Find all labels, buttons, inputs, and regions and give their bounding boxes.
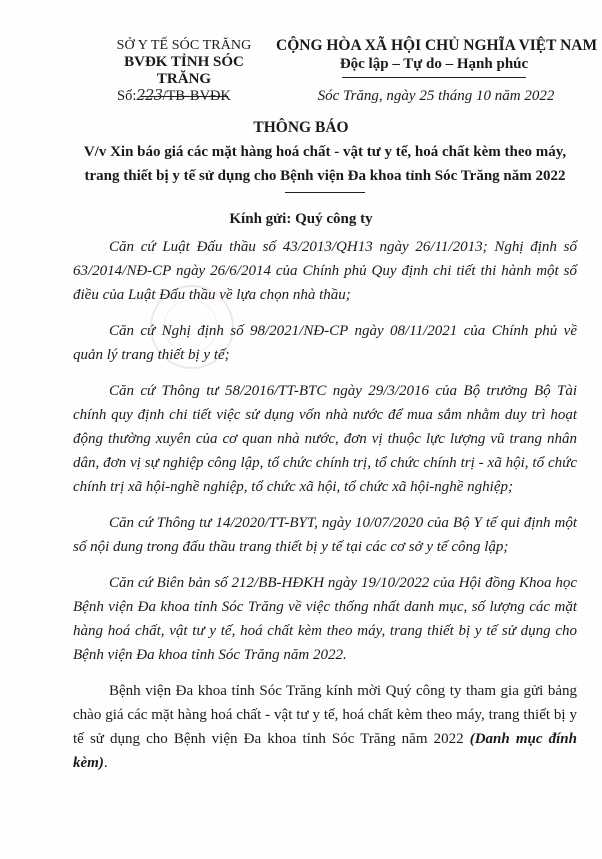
document-body: Căn cứ Luật Đấu thầu số 43/2013/QH13 ngà…	[73, 235, 577, 787]
issuing-unit: BVĐK TỈNH SÓC TRĂNG	[96, 54, 272, 88]
national-header-block: CỘNG HÒA XÃ HỘI CHỦ NGHĨA VIỆT NAM Độc l…	[276, 37, 592, 78]
subject-underline	[285, 192, 365, 193]
subject-line-1: V/v Xin báo giá các mặt hàng hoá chất - …	[60, 140, 590, 164]
document-page: SỞ Y TẾ SÓC TRĂNG BVĐK TỈNH SÓC TRĂNG Số…	[0, 0, 602, 859]
national-title: CỘNG HÒA XÃ HỘI CHỦ NGHĨA VIỆT NAM	[276, 37, 592, 55]
legal-basis-paragraph: Căn cứ Luật Đấu thầu số 43/2013/QH13 ngà…	[73, 235, 577, 307]
parent-agency: SỞ Y TẾ SÓC TRĂNG	[96, 38, 272, 54]
doc-number-handwritten: 223	[136, 88, 162, 104]
invitation-paragraph: Bệnh viện Đa khoa tỉnh Sóc Trăng kính mờ…	[73, 679, 577, 775]
legal-basis-paragraph: Căn cứ Thông tư 14/2020/TT-BYT, ngày 10/…	[73, 511, 577, 559]
legal-basis-paragraph: Căn cứ Nghị định số 98/2021/NĐ-CP ngày 0…	[73, 319, 577, 367]
motto-underline	[342, 77, 526, 78]
salutation: Kính gửi: Quý công ty	[0, 210, 602, 228]
document-subject: V/v Xin báo giá các mặt hàng hoá chất - …	[60, 140, 590, 193]
subject-line-2: trang thiết bị y tế sử dụng cho Bệnh việ…	[60, 164, 590, 188]
national-motto: Độc lập – Tự do – Hạnh phúc	[276, 55, 592, 73]
doc-number-prefix: Số:	[117, 88, 136, 104]
legal-basis-paragraph: Căn cứ Biên bản số 212/BB-HĐKH ngày 19/1…	[73, 571, 577, 667]
doc-number-suffix: /TB-BVĐK	[163, 88, 231, 104]
legal-basis-paragraph: Căn cứ Thông tư 58/2016/TT-BTC ngày 29/3…	[73, 379, 577, 499]
place-and-date: Sóc Trăng, ngày 25 tháng 10 năm 2022	[302, 88, 570, 105]
document-title: THÔNG BÁO	[0, 119, 602, 137]
document-number: Số:223/TB-BVĐK	[117, 88, 231, 105]
invitation-end: .	[104, 755, 108, 771]
